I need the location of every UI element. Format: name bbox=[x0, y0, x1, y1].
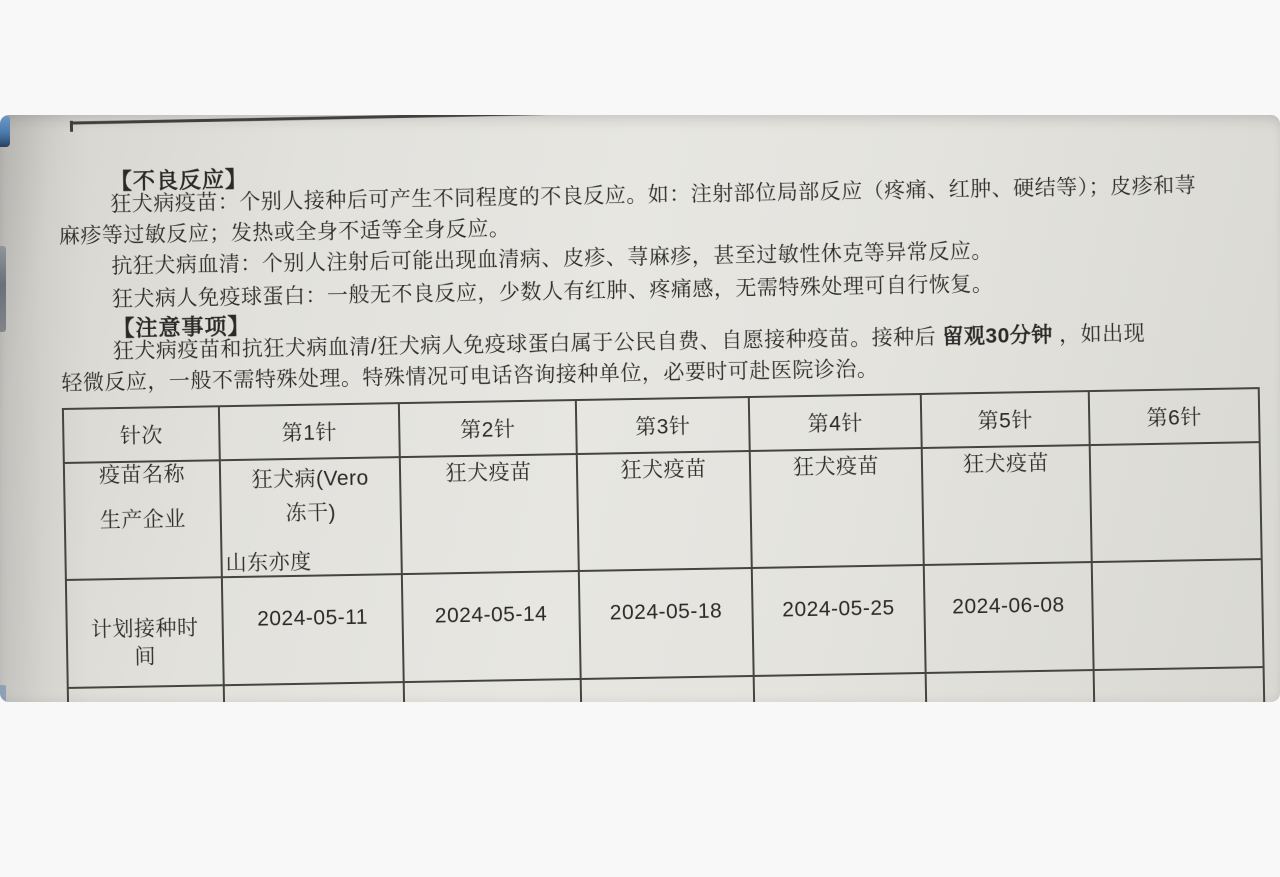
document-photo: 【不良反应】 狂犬病疫苗：个别人接种后可产生不同程度的不良反应。如：注射部位局部… bbox=[0, 115, 1280, 702]
label-cell-planned-date: 计划接种时 间 bbox=[66, 577, 224, 688]
empty-cell bbox=[754, 673, 927, 702]
header-cell-dose-number: 针次 bbox=[63, 406, 220, 463]
planned-date-label-line: 间 bbox=[68, 642, 222, 673]
header-cell-dose-6: 第6针 bbox=[1089, 388, 1260, 445]
header-cell-dose-5: 第5针 bbox=[921, 391, 1090, 448]
cropped-table-border-stub bbox=[70, 121, 73, 132]
header-cell-dose-1: 第1针 bbox=[219, 403, 400, 460]
observation-time-bold: 留观30分钟 bbox=[942, 324, 1053, 349]
date-cell-dose-5: 2024-06-08 bbox=[924, 562, 1094, 673]
vaccine-cell-dose-6 bbox=[1090, 442, 1262, 562]
para-line: 麻疹等过敏反应；发热或全身不适等全身反应。 bbox=[59, 217, 511, 248]
para-line: 狂犬病疫苗：个别人接种后可产生不同程度的不良反应。如：注射部位局部反应（疼痛、红… bbox=[110, 174, 1196, 216]
paper-sheet: 【不良反应】 狂犬病疫苗：个别人接种后可产生不同程度的不良反应。如：注射部位局部… bbox=[0, 115, 1280, 702]
planned-date-label-line: 计划接种时 bbox=[68, 614, 222, 645]
empty-cell bbox=[926, 670, 1095, 702]
planned-date-row: 计划接种时 间 2024-05-11 2024-05-14 2024-05-18… bbox=[66, 559, 1264, 688]
vaccine-name-row: 疫苗名称 生产企业 狂犬病(Vero 冻干) 山东亦度 狂犬疫苗 狂犬疫苗 狂犬… bbox=[64, 442, 1262, 580]
vaccine-cell-dose-1: 狂犬病(Vero 冻干) 山东亦度 bbox=[220, 457, 402, 577]
header-cell-dose-4: 第4针 bbox=[749, 394, 922, 451]
vaccine-name-line: 冻干) bbox=[221, 492, 400, 529]
header-cell-dose-3: 第3针 bbox=[576, 397, 750, 454]
date-cell-dose-4: 2024-05-25 bbox=[752, 565, 926, 676]
vaccine-name-label: 疫苗名称 bbox=[65, 461, 219, 490]
manufacturer-label: 生产企业 bbox=[66, 506, 220, 535]
vaccine-cell-dose-5: 狂犬疫苗 bbox=[922, 445, 1092, 565]
vaccine-cell-dose-2: 狂犬疫苗 bbox=[400, 454, 579, 574]
cropped-table-border bbox=[70, 115, 683, 124]
vaccine-name-line: 狂犬病(Vero bbox=[221, 458, 400, 495]
empty-cell bbox=[68, 685, 225, 702]
empty-cell bbox=[1094, 667, 1265, 702]
para-segment: ，如出现 bbox=[1053, 322, 1146, 347]
date-cell-dose-3: 2024-05-18 bbox=[579, 568, 754, 679]
label-cell-vaccine-manufacturer: 疫苗名称 生产企业 bbox=[64, 460, 222, 580]
empty-cell bbox=[224, 682, 405, 702]
date-cell-dose-2: 2024-05-14 bbox=[402, 571, 581, 682]
para-line: 轻微反应，一般不需特殊处理。特殊情况可电话咨询接种单位，必要时可赴医院诊治。 bbox=[61, 358, 878, 395]
manufacturer-name: 山东亦度 bbox=[222, 549, 400, 576]
vaccination-schedule-table: 针次 第1针 第2针 第3针 第4针 第5针 第6针 疫苗名称 生产企业 狂犬病… bbox=[62, 387, 1266, 702]
vaccine-cell-dose-3: 狂犬疫苗 bbox=[577, 451, 752, 571]
empty-cell bbox=[581, 676, 755, 702]
screenshot-canvas: { "colors": { "frame_background": "#f8f8… bbox=[0, 0, 1280, 877]
vaccine-cell-dose-4: 狂犬疫苗 bbox=[750, 448, 924, 568]
date-cell-dose-6 bbox=[1092, 559, 1264, 670]
empty-cell bbox=[404, 679, 582, 702]
date-cell-dose-1: 2024-05-11 bbox=[222, 574, 404, 685]
header-cell-dose-2: 第2针 bbox=[399, 400, 577, 457]
